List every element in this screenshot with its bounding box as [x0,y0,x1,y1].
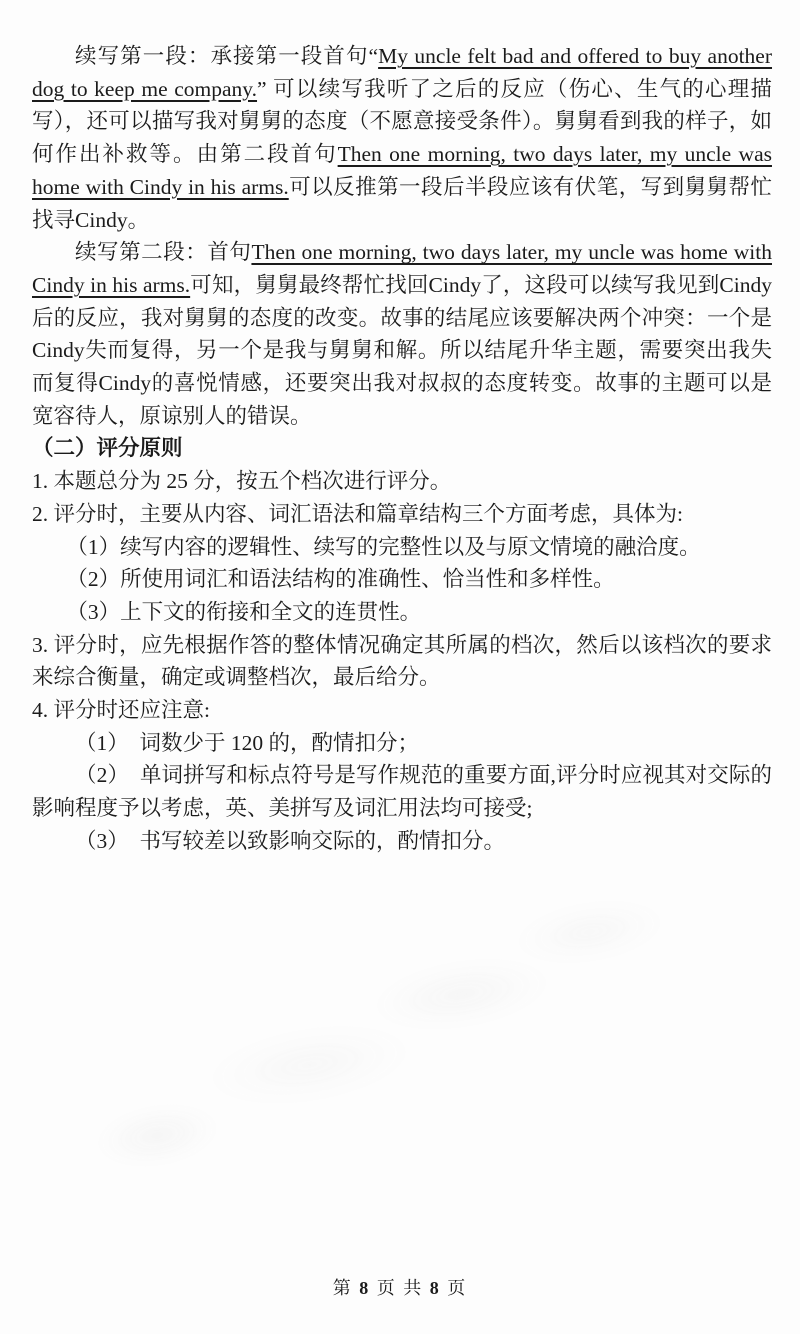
bold-text: 8 [359,1278,370,1298]
list-item-4-sub-3: （3） 书写较差以致影响交际的，酌情扣分。 [32,825,772,858]
list-item-4-sub-2: （2） 单词拼写和标点符号是写作规范的重要方面,评分时应视其对交际的影响程度予以… [32,759,772,824]
list-item-3: 3. 评分时，应先根据作答的整体情况确定其所属的档次，然后以该档次的要求来综合衡… [32,629,772,694]
text-run: （2）所使用词汇和语法结构的准确性、恰当性和多样性。 [66,567,614,591]
text-run: （1） 词数少于 120 的，酌情扣分； [75,731,419,755]
page-number: 第 8 页 共 8 页 [333,1278,468,1298]
text-run: （3） 书写较差以致影响交际的，酌情扣分。 [75,829,505,853]
list-item-4: 4. 评分时还应注意: [32,694,772,727]
text-run: （1）续写内容的逻辑性、续写的完整性以及与原文情境的融洽度。 [66,535,700,559]
text-run: 4. 评分时还应注意: [32,698,210,722]
list-item-2-sub-1: （1）续写内容的逻辑性、续写的完整性以及与原文情境的融洽度。 [32,531,772,564]
list-item-2-sub-3: （3）上下文的衔接和全文的连贯性。 [32,596,772,629]
text-run: （2） 单词拼写和标点符号是写作规范的重要方面,评分时应视其对交际的影响程度予以… [32,763,772,820]
document-body: 续写第一段：承接第一段首句“My uncle felt bad and offe… [32,40,772,858]
scanned-document-page: 续写第一段：承接第一段首句“My uncle felt bad and offe… [0,0,800,1334]
list-item-4-sub-1: （1） 词数少于 120 的，酌情扣分； [32,727,772,760]
para-continuation-2-analysis: 续写第二段：首句Then one morning, two days later… [32,236,772,432]
page-footer: 第 8 页 共 8 页 [0,1274,800,1300]
text-run: 续写第一段：承接第一段首句“ [75,44,378,68]
text-run: 第 [333,1278,360,1298]
text-run: 页 [441,1278,468,1298]
bold-text: （二）评分原则 [32,436,183,460]
para-continuation-1-analysis: 续写第一段：承接第一段首句“My uncle felt bad and offe… [32,40,772,236]
text-run: （3）上下文的衔接和全文的连贯性。 [66,600,421,624]
text-run: 2. 评分时，主要从内容、词汇语法和篇章结构三个方面考虑，具体为: [32,502,683,526]
heading-scoring-principles: （二）评分原则 [32,432,772,465]
bold-text: 8 [430,1278,441,1298]
scan-smudge-artifact [56,873,704,1197]
text-run: 1. 本题总分为 25 分，按五个档次进行评分。 [32,469,451,493]
text-run: 页 共 [370,1278,430,1298]
text-run: 续写第二段：首句 [75,240,251,264]
list-item-1: 1. 本题总分为 25 分，按五个档次进行评分。 [32,465,772,498]
text-run: 3. 评分时，应先根据作答的整体情况确定其所属的档次，然后以该档次的要求来综合衡… [32,633,772,690]
list-item-2: 2. 评分时，主要从内容、词汇语法和篇章结构三个方面考虑，具体为: [32,498,772,531]
list-item-2-sub-2: （2）所使用词汇和语法结构的准确性、恰当性和多样性。 [32,563,772,596]
